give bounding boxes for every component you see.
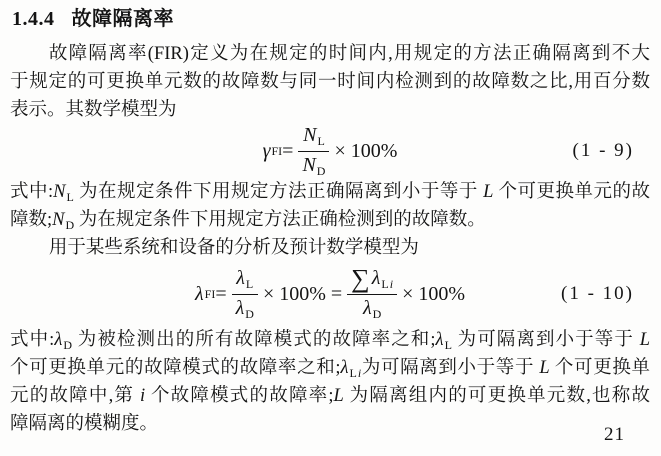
paragraph-fir-definition: 故障隔离率(FIR)定义为在规定的时间内,用规定的方法正确隔离到不大于规定的可更… <box>10 40 650 124</box>
text-line: 元的故障中,第 i 个故障模式的故障率;L 为隔离组内的可更换单元数,也称故 <box>10 382 650 410</box>
math-variable: N <box>302 154 315 176</box>
text-segment: 个可更换单 <box>550 358 650 378</box>
text-line: 故障隔离率(FIR)定义为在规定的时间内,用规定的方法正确隔离到不大 <box>10 40 650 68</box>
math-variable: L <box>334 386 344 406</box>
numerator: ∑λLi <box>347 266 397 295</box>
formula-lambda-expression: λFI = λLλD × 100% = ∑λLiλD × 100% <box>195 266 465 322</box>
text-line: 式中:λD 为被检测出的所有故障模式的故障率之和;λL 为可隔离到小于等于 L <box>10 326 650 354</box>
section-number: 1.4.4 <box>12 8 55 30</box>
math-variable: N <box>303 124 316 146</box>
math-variable: λ <box>372 267 381 289</box>
numerator: NL <box>298 124 329 152</box>
text-segment: 障隔离的模糊度。 <box>10 414 158 434</box>
formula-fir: γFI = NLND × 100% (1 - 9) <box>10 124 650 178</box>
paragraph-lambda-terms: 式中:λD 为被检测出的所有故障模式的故障率之和;λL 为可隔离到小于等于 L个… <box>10 326 650 438</box>
fraction: λLλD <box>232 267 258 322</box>
math-variable: γ <box>263 140 271 163</box>
subscript: i <box>390 277 393 291</box>
text-segment: 元的故障中,第 <box>10 386 140 406</box>
math-variable: N <box>53 182 65 202</box>
paragraph-model-intro: 用于某些系统和设备的分析及预计数学模型为 <box>10 234 650 262</box>
text-segment: 个可更换单元的故障模式的故障率之和; <box>10 358 341 378</box>
denominator: λD <box>232 295 258 322</box>
numerator: λL <box>232 267 258 295</box>
denominator: λD <box>347 295 397 322</box>
text-line: 于规定的可更换单元数的故障数与同一时间内检测到的故障数之比,用百分数 <box>10 68 650 96</box>
subscript: D <box>63 338 72 352</box>
math-variable: L <box>483 182 493 202</box>
sum-icon: ∑ <box>351 264 370 293</box>
text-segment: × 100% <box>402 283 465 306</box>
text-segment: 为被检测出的所有故障模式的故障率之和; <box>72 330 436 350</box>
text-segment: × 100% <box>334 140 397 163</box>
text-segment: 式中: <box>10 182 53 202</box>
text-line: 障数;ND 为在规定条件下用规定方法正确检测到的故障数。 <box>10 206 650 234</box>
page-number: 21 <box>604 424 625 446</box>
text-segment: 个可更换单元的故 <box>493 182 650 202</box>
text-segment: = <box>282 140 293 163</box>
equation-number-1-10: (1 - 10) <box>561 283 634 305</box>
denominator: ND <box>298 152 329 179</box>
text-segment: 为可隔离到小于等于 <box>361 358 539 378</box>
text-segment: 用于某些系统和设备的分析及预计数学模型为 <box>49 238 419 258</box>
equation-number-1-9: (1 - 9) <box>573 140 634 162</box>
section-title: 故障隔离率 <box>72 8 175 30</box>
fraction: ∑λLiλD <box>347 266 397 322</box>
subscript: D <box>65 218 74 232</box>
math-variable: L <box>640 330 650 350</box>
subscript: L <box>66 190 73 204</box>
subscript: D <box>245 307 254 321</box>
subscript: L <box>246 277 253 291</box>
math-variable: λ <box>341 358 349 378</box>
subscript: D <box>317 164 326 178</box>
text-segment: 故障隔离率(FIR)定义为在规定的时间内,用规定的方法正确隔离到不大 <box>49 44 650 64</box>
subscript: FI <box>271 144 282 159</box>
subscript: L <box>445 338 452 352</box>
text-segment: 为隔离组内的可更换单元数,也称故 <box>344 386 650 406</box>
document-page: 1.4.4故障隔离率 故障隔离率(FIR)定义为在规定的时间内,用规定的方法正确… <box>0 0 661 456</box>
text-segment: × 100% = <box>263 283 342 306</box>
text-segment: 为可隔离到小于等于 <box>452 330 640 350</box>
paragraph-fir-terms: 式中:NL 为在规定条件下用规定方法正确隔离到小于等于 L 个可更换单元的故障数… <box>10 178 650 234</box>
math-variable: λ <box>363 297 372 319</box>
text-line: 个可更换单元的故障模式的故障率之和;λLi为可隔离到小于等于 L 个可更换单 <box>10 354 650 382</box>
text-segment: 于规定的可更换单元数的故障数与同一时间内检测到的故障数之比,用百分数 <box>10 72 650 92</box>
text-segment: 个故障模式的故障率; <box>145 386 333 406</box>
formula-lambda: λFI = λLλD × 100% = ∑λLiλD × 100% (1 - 1… <box>10 262 650 326</box>
text-segment: 为在规定条件下用规定方法正确隔离到小于等于 <box>74 182 483 202</box>
subscript: D <box>373 307 382 321</box>
math-variable: N <box>52 210 64 230</box>
subscript: L <box>350 366 357 380</box>
subscript: L <box>317 134 324 148</box>
text-line: 障隔离的模糊度。 <box>10 410 650 438</box>
formula-fir-expression: γFI = NLND × 100% <box>263 124 398 179</box>
math-variable: λ <box>195 283 204 306</box>
text-segment: 障数; <box>10 210 52 230</box>
math-variable: λ <box>236 297 245 319</box>
text-segment: 表示。其数学模型为 <box>10 100 177 120</box>
text-segment: 式中: <box>10 330 54 350</box>
text-segment: 为在规定条件下用规定方法正确检测到的故障数。 <box>74 210 486 230</box>
math-variable: λ <box>54 330 62 350</box>
math-variable: L <box>539 358 549 378</box>
math-variable: λ <box>436 330 444 350</box>
fraction: NLND <box>298 124 329 179</box>
subscript: L <box>381 277 388 291</box>
text-segment: = <box>215 283 226 306</box>
text-line: 式中:NL 为在规定条件下用规定方法正确隔离到小于等于 L 个可更换单元的故 <box>10 178 650 206</box>
section-heading: 1.4.4故障隔离率 <box>12 6 650 32</box>
subscript: FI <box>205 287 216 302</box>
text-line: 用于某些系统和设备的分析及预计数学模型为 <box>10 234 650 262</box>
text-line: 表示。其数学模型为 <box>10 96 650 124</box>
math-variable: λ <box>236 267 245 289</box>
